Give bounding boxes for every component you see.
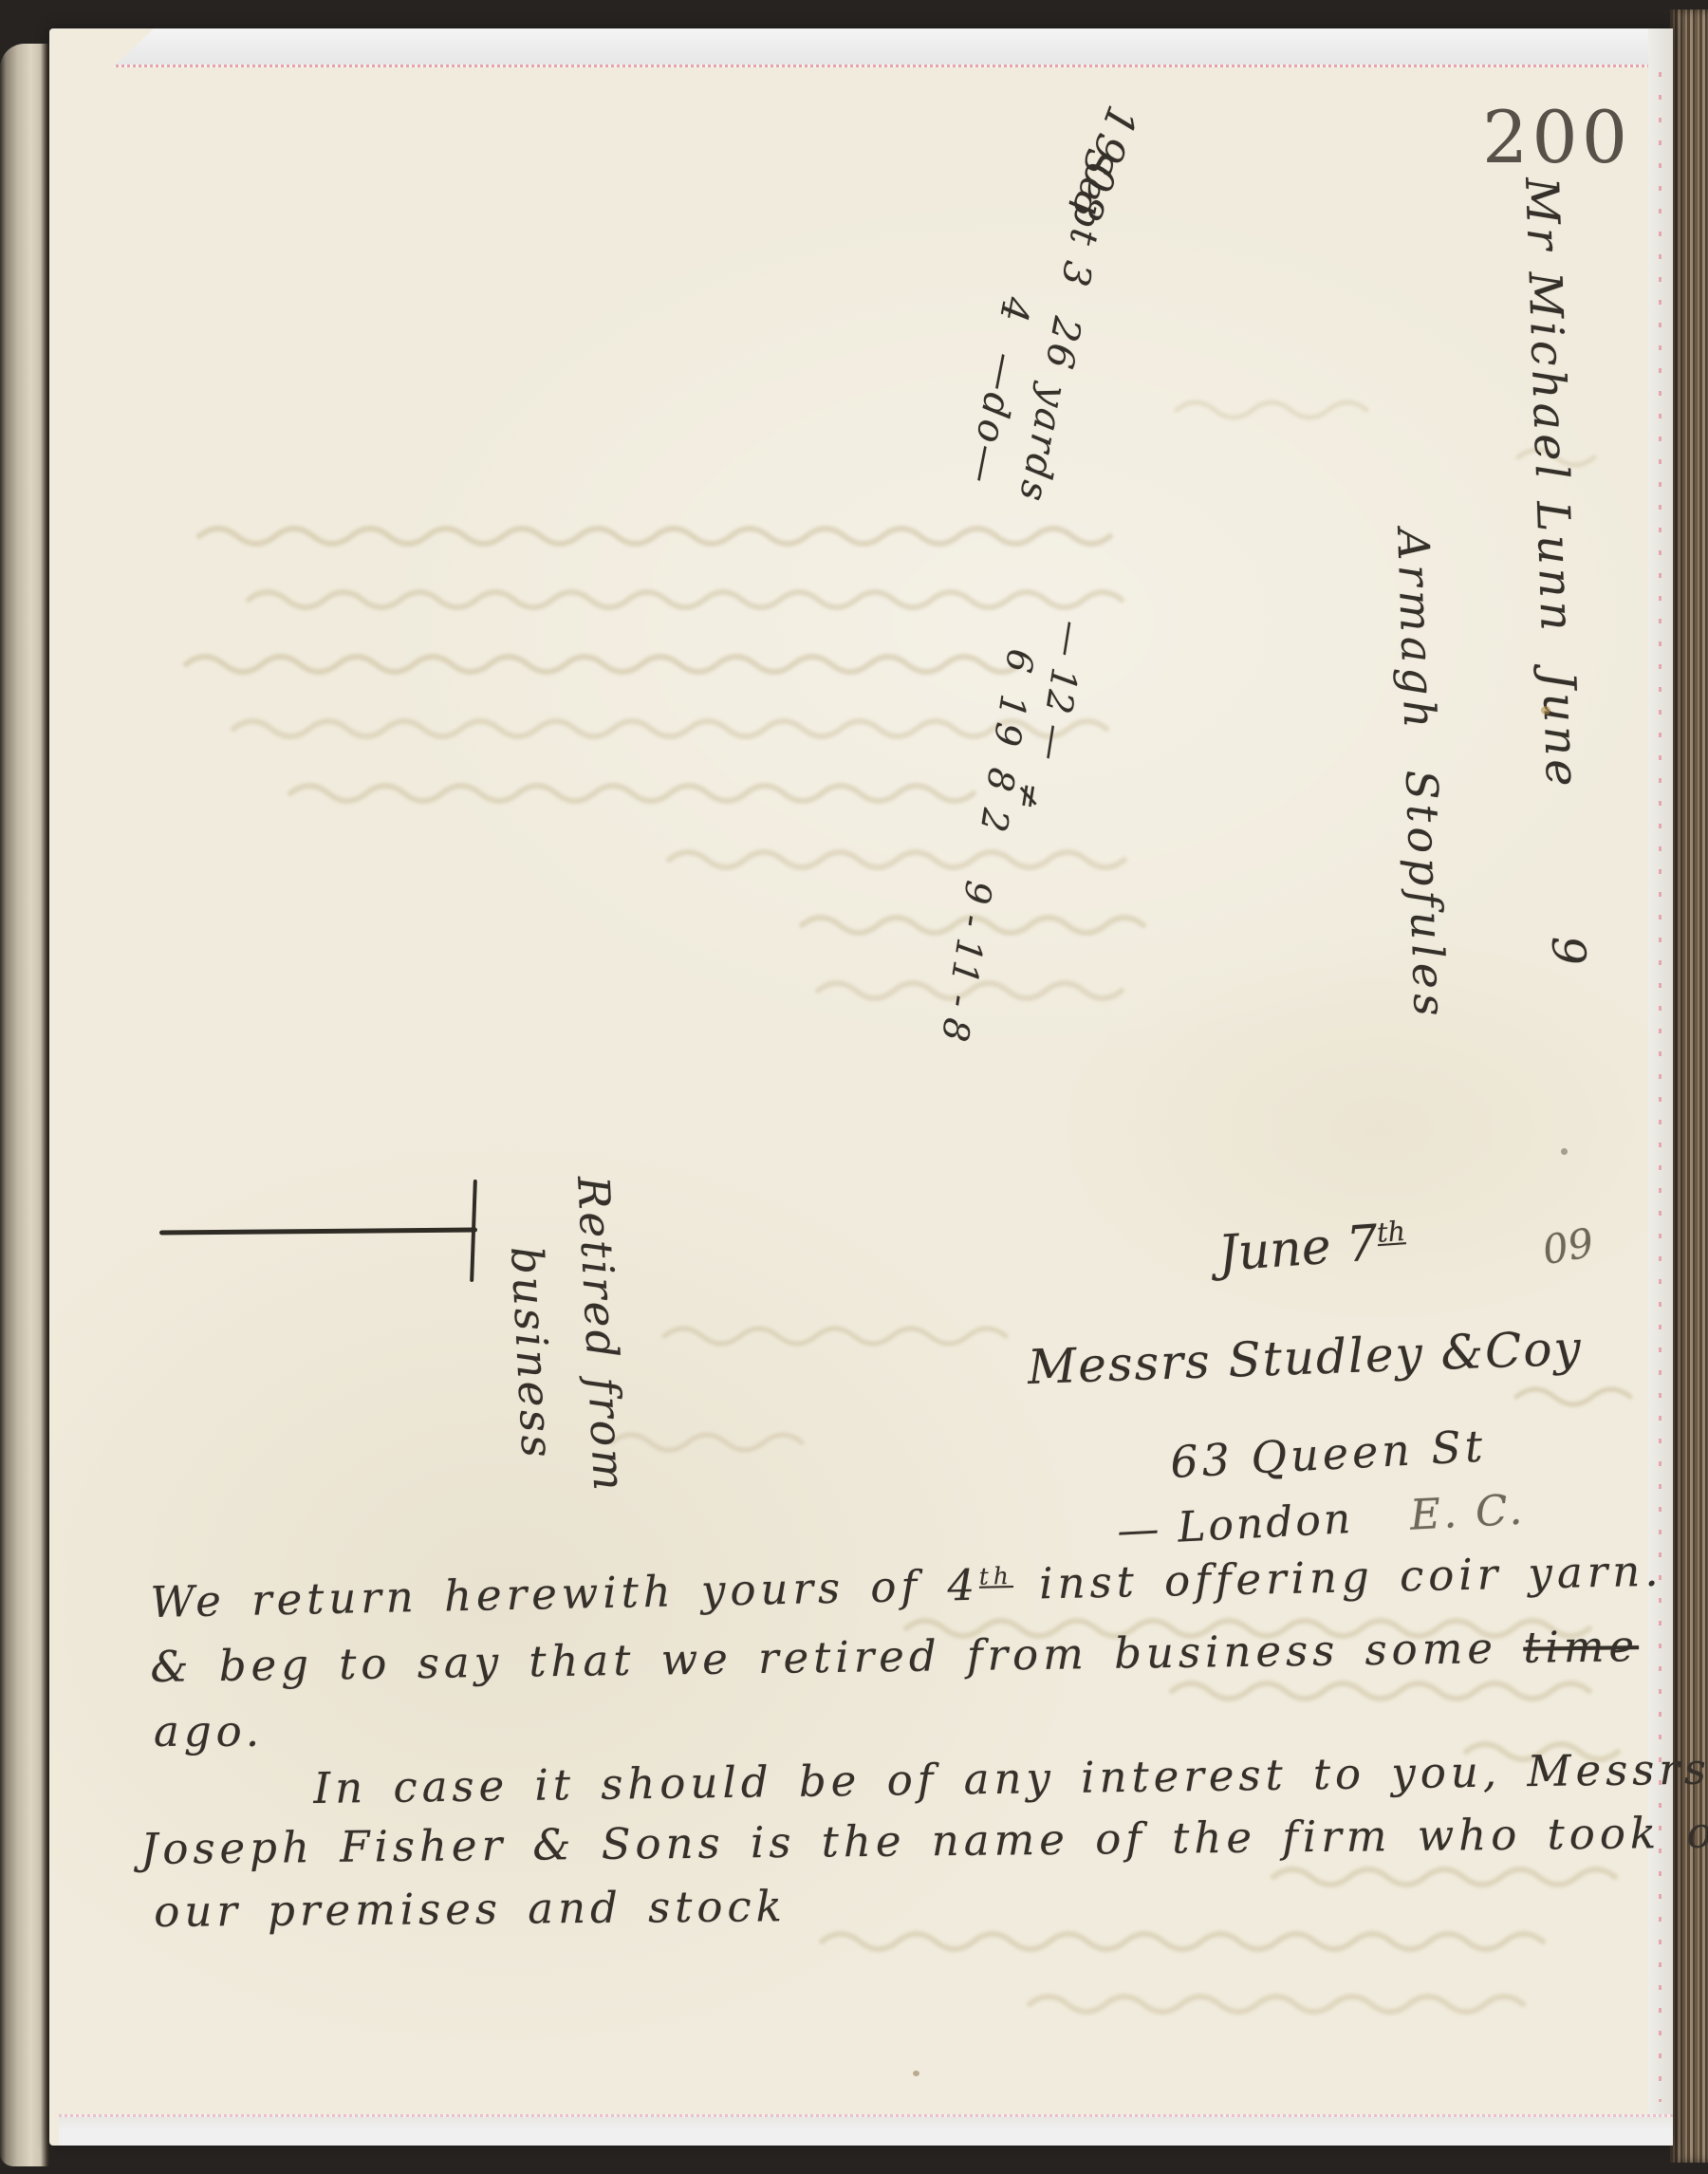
body-line-1-ordinal: th — [979, 1562, 1013, 1590]
addressee-district: E. C. — [1409, 1485, 1527, 1539]
paper-fleck — [1561, 1148, 1568, 1155]
amount-line-2: 6 19 8 — [977, 646, 1042, 800]
letter-date: June 7th — [1216, 1213, 1408, 1283]
letter-date-ordinal: th — [1376, 1215, 1406, 1249]
body-line-2: & beg to say that we retired from busine… — [150, 1621, 1639, 1692]
annotation-underline — [159, 1228, 477, 1236]
addressee-street: 63 Queen St — [1169, 1421, 1488, 1488]
body-line-6: our premises and stock — [154, 1881, 787, 1937]
retired-note-line2: business — [501, 1245, 564, 1461]
addressee-city-text: — London — [1116, 1495, 1354, 1555]
recipient-annotation-line1: Mr Michael Lunn June 9 — [1514, 177, 1595, 970]
letter-date-year: 09 — [1539, 1219, 1597, 1274]
addressee-name: Messrs Studley &Coy — [1027, 1321, 1584, 1395]
recipient-annotation-line2: Armagh Stopfules — [1387, 528, 1456, 1021]
letter-date-main: June 7 — [1216, 1215, 1380, 1283]
scanned-letterbook-photo: { "page": { "number": "200" }, "annotati… — [0, 0, 1708, 2174]
amount-total: 9 - 11 - 8 — [934, 878, 1000, 1044]
paper-stain — [1541, 706, 1550, 715]
body-line-1-text: We return herewith yours of 4 — [150, 1560, 980, 1627]
retired-note-line1: Retired from — [567, 1175, 635, 1495]
addressee-city: — LondonE. C. — [1116, 1485, 1526, 1554]
body-line-1: We return herewith yours of 4th inst off… — [150, 1546, 1663, 1627]
amount-tally-marks: ≠ — [1008, 780, 1049, 812]
body-line-3: ago. — [154, 1706, 264, 1756]
body-line-5: Joseph Fisher & Sons is the name of the … — [140, 1807, 1708, 1874]
amount-line-3: 2 — [973, 806, 1017, 835]
body-line-2-struck-word: time — [1523, 1621, 1640, 1673]
amount-line-1: — 12 — — [1030, 618, 1093, 764]
page-number-stamp: 200 — [1482, 95, 1631, 179]
body-line-4: In case it should be of any interest to … — [313, 1743, 1708, 1813]
paper-speck — [913, 2071, 919, 2076]
body-line-2-text: & beg to say that we retired from busine… — [150, 1623, 1524, 1692]
handwritten-content: 200 Mr Michael Lunn June 9 Armagh Stopfu… — [0, 0, 1708, 2174]
body-line-1-rest: inst offering coir yarn. — [1012, 1546, 1663, 1609]
